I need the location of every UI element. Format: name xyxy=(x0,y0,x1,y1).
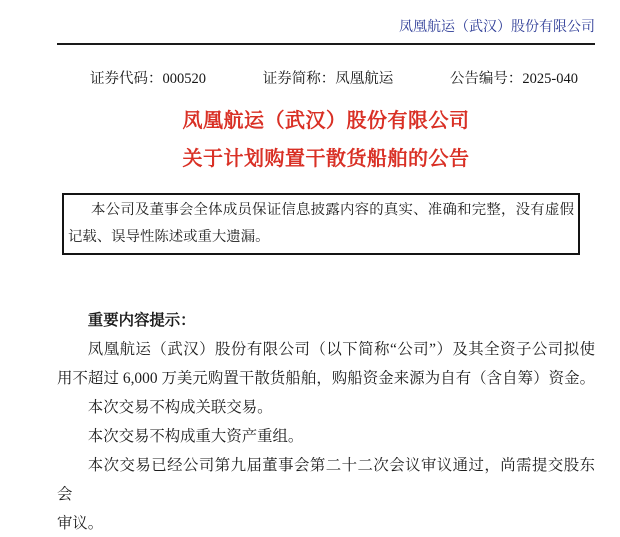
statement-line-1: 本公司及董事会全体成员保证信息披露内容的真实、准确和完整，没有虚假 xyxy=(68,197,574,224)
announcement-page: 凤凰航运（武汉）股份有限公司 证券代码：000520 证券简称：凤凰航运 公告编… xyxy=(0,0,620,537)
announcement-title-company: 凤凰航运（武汉）股份有限公司 xyxy=(57,102,595,140)
announcement-title-subject: 关于计划购置干散货船舶的公告 xyxy=(57,140,595,178)
company-name-header: 凤凰航运（武汉）股份有限公司 xyxy=(0,0,620,37)
body-line-major-restructuring: 本次交易不构成重大资产重组。 xyxy=(57,422,595,451)
body-line-purchase-plan-2: 用不超过 6,000 万美元购置干散货船舶，购船资金来源为自有（含自筹）资金。 xyxy=(57,364,595,393)
body-line-related-transaction: 本次交易不构成关联交易。 xyxy=(57,393,595,422)
announcement-body: 重要内容提示： 凤凰航运（武汉）股份有限公司（以下简称“公司”）及其全资子公司拟… xyxy=(57,306,595,537)
body-line-board-approval-2: 审议。 xyxy=(57,509,595,537)
disclosure-statement-box: 本公司及董事会全体成员保证信息披露内容的真实、准确和完整，没有虚假 记载、误导性… xyxy=(62,193,580,255)
stock-abbreviation: 证券简称：凤凰航运 xyxy=(263,70,394,89)
announcement-title: 凤凰航运（武汉）股份有限公司 关于计划购置干散货船舶的公告 xyxy=(57,102,595,178)
statement-line-2: 记载、误导性陈述或重大遗漏。 xyxy=(68,224,574,251)
announcement-number: 公告编号：2025-040 xyxy=(450,70,578,89)
body-line-board-approval-1: 本次交易已经公司第九届董事会第二十二次会议审议通过，尚需提交股东会 xyxy=(57,451,595,509)
header-rule xyxy=(57,43,595,45)
important-notice-heading: 重要内容提示： xyxy=(57,306,595,335)
stock-code: 证券代码：000520 xyxy=(90,70,206,89)
securities-info-row: 证券代码：000520 证券简称：凤凰航运 公告编号：2025-040 xyxy=(90,70,578,89)
body-line-purchase-plan-1: 凤凰航运（武汉）股份有限公司（以下简称“公司”）及其全资子公司拟使 xyxy=(57,335,595,364)
